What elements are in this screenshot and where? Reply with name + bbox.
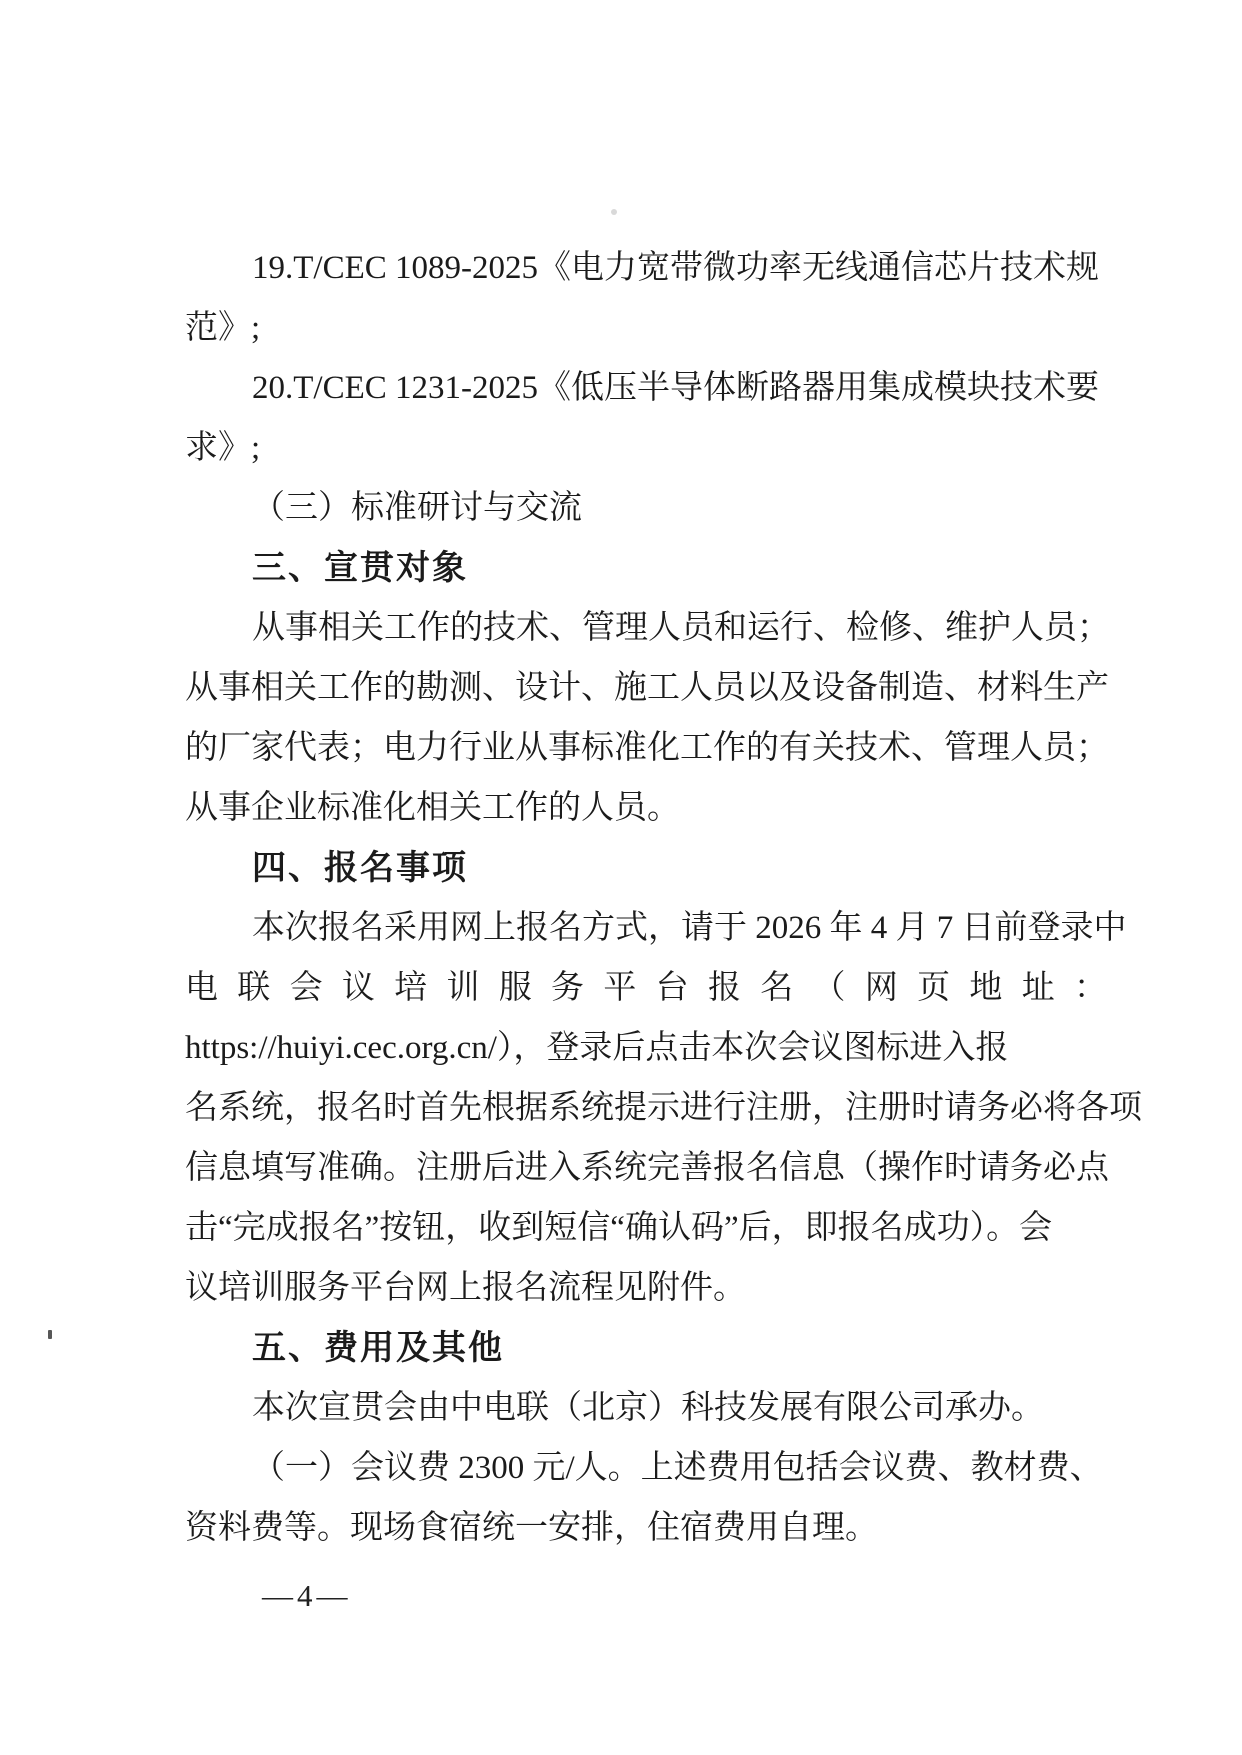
page-number: —4—: [262, 1576, 352, 1616]
section-heading-audience: 三、宣贯对象: [185, 538, 1107, 598]
fee-paragraph-line-2: 资料费等。现场食宿统一安排，住宿费用自理。: [185, 1498, 1107, 1558]
scanned-document-page: 19.T/CEC 1089-2025《电力宽带微功率无线通信芯片技术规 范》; …: [0, 0, 1242, 1755]
registration-paragraph-line-7: 议培训服务平台网上报名流程见附件。: [185, 1258, 1107, 1318]
audience-paragraph-line-4: 从事企业标准化相关工作的人员。: [185, 778, 1107, 838]
registration-paragraph-line-5: 信息填写准确。注册后进入系统完善报名信息（操作时请务必点: [185, 1138, 1107, 1198]
standard-item-20-line-1: 20.T/CEC 1231-2025《低压半导体断路器用集成模块技术要: [185, 358, 1107, 418]
organizer-line: 本次宣贯会由中电联（北京）科技发展有限公司承办。: [185, 1378, 1107, 1438]
scan-artifact-dot: [611, 209, 617, 215]
registration-paragraph-line-6: 击“完成报名”按钮，收到短信“确认码”后，即报名成功）。会: [185, 1198, 1107, 1258]
audience-paragraph-line-2: 从事相关工作的勘测、设计、施工人员以及设备制造、材料生产: [185, 658, 1107, 718]
audience-paragraph-line-3: 的厂家代表；电力行业从事标准化工作的有关技术、管理人员；: [185, 718, 1107, 778]
standard-item-19-line-2: 范》;: [185, 298, 1107, 358]
registration-paragraph-line-4: 名系统，报名时首先根据系统提示进行注册，注册时请务必将各项: [185, 1078, 1107, 1138]
standard-item-20-line-2: 求》;: [185, 418, 1107, 478]
registration-paragraph-line-2: 电联会议培训服务平台报名（网页地址：: [185, 958, 1107, 1018]
section-heading-fees: 五、费用及其他: [185, 1318, 1107, 1378]
standard-item-19-line-1: 19.T/CEC 1089-2025《电力宽带微功率无线通信芯片技术规: [185, 238, 1107, 298]
document-body: 19.T/CEC 1089-2025《电力宽带微功率无线通信芯片技术规 范》; …: [185, 238, 1107, 1558]
agenda-item-discussion: （三）标准研讨与交流: [185, 478, 1107, 538]
section-heading-registration: 四、报名事项: [185, 838, 1107, 898]
registration-paragraph-line-1: 本次报名采用网上报名方式，请于 2026 年 4 月 7 日前登录中: [185, 898, 1107, 958]
scan-artifact-mark: [48, 1330, 52, 1339]
fee-paragraph-line-1: （一）会议费 2300 元/人。上述费用包括会议费、教材费、: [185, 1438, 1107, 1498]
audience-paragraph-line-1: 从事相关工作的技术、管理人员和运行、检修、维护人员；: [185, 598, 1107, 658]
registration-paragraph-line-3: https://huiyi.cec.org.cn/），登录后点击本次会议图标进入…: [185, 1018, 1107, 1078]
